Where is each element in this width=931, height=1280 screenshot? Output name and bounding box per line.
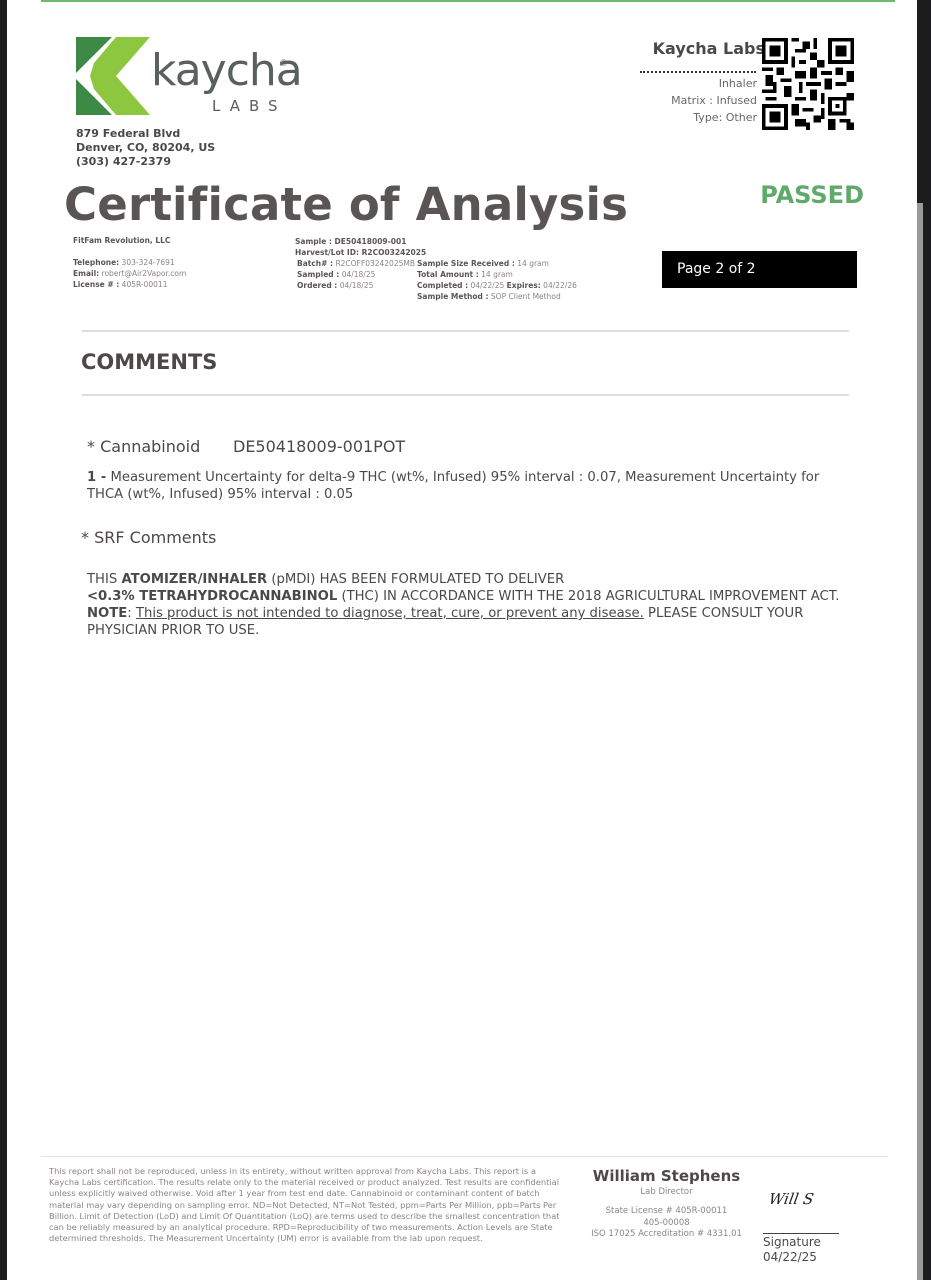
- comments-heading: COMMENTS: [81, 350, 217, 374]
- signature-icon: Will S: [767, 1190, 815, 1208]
- director-role: Lab Director: [579, 1186, 754, 1198]
- dotted-divider: [640, 71, 756, 73]
- signature-date: 04/22/25: [763, 1250, 821, 1265]
- page-title: Certificate of Analysis: [64, 178, 628, 231]
- client-name: FitFam Revolution, LLC: [73, 235, 170, 246]
- cannabinoid-header: * Cannabinoid DE50418009-001POT: [87, 437, 200, 456]
- sample-method: Sample Method : SOP Client Method: [417, 291, 577, 302]
- lab-director-block: William Stephens Lab Director State Lice…: [579, 1166, 754, 1241]
- signature-label: Signature: [763, 1235, 821, 1250]
- client-email: Email: robert@Air2Vapor.com: [73, 268, 186, 279]
- client-license: License # : 405R-00011: [73, 279, 186, 290]
- product-type: Type: Other: [607, 109, 757, 126]
- client-contact: Telephone: 303-324-7691 Email: robert@Ai…: [73, 257, 186, 290]
- footer-divider: [41, 1156, 888, 1157]
- page-indicator: Page 2 of 2: [662, 251, 857, 288]
- signature-line: [763, 1233, 839, 1234]
- product-matrix: Matrix : Infused: [607, 92, 757, 109]
- address-line: Denver, CO, 80204, US: [76, 141, 215, 155]
- address-line: (303) 427-2379: [76, 155, 215, 169]
- logo-subtitle: LABS: [212, 98, 287, 114]
- signature-block: Signature 04/22/25: [763, 1235, 821, 1265]
- logo-registered-mark: ©: [279, 59, 288, 69]
- harvest-lot-id: Harvest/Lot ID: R2CO03242025: [295, 247, 426, 258]
- product-name: Inhaler: [607, 75, 757, 92]
- sample-identifiers: Sample : DE50418009-001 Harvest/Lot ID: …: [295, 236, 426, 258]
- kaycha-logo: kaycha © LABS: [76, 37, 291, 117]
- note-text: Measurement Uncertainty for delta-9 THC …: [87, 470, 819, 502]
- srf-comments-body: THIS ATOMIZER/INHALER (pMDI) HAS BEEN FO…: [87, 571, 867, 639]
- logo-k-icon: [76, 37, 152, 115]
- note-number: 1 -: [87, 470, 106, 485]
- completed-expires: Completed : 04/22/25 Expires: 04/22/26: [417, 280, 577, 291]
- director-licenses: State License # 405R-00011 405-00008 ISO…: [579, 1206, 754, 1241]
- ordered-date: Ordered : 04/18/25: [297, 280, 415, 291]
- sample-id: Sample : DE50418009-001: [295, 236, 426, 247]
- lab-name: Kaycha Labs: [627, 39, 765, 58]
- cannabinoid-id: DE50418009-001POT: [233, 437, 405, 456]
- section-divider: [82, 394, 849, 396]
- qr-code-icon[interactable]: [762, 37, 854, 131]
- top-accent-rule: [41, 0, 895, 2]
- lab-address: 879 Federal Blvd Denver, CO, 80204, US (…: [76, 127, 215, 169]
- section-divider: [82, 330, 849, 332]
- sample-size: Sample Size Received : 14 gram: [417, 258, 577, 269]
- scrollbar-thumb[interactable]: [917, 203, 923, 1280]
- status-badge: PASSED: [707, 181, 864, 209]
- logo-wordmark: kaycha: [151, 49, 302, 93]
- product-meta: Inhaler Matrix : Infused Type: Other: [607, 75, 757, 126]
- total-amount: Total Amount : 14 gram: [417, 269, 577, 280]
- cannabinoid-note: 1 - Measurement Uncertainty for delta-9 …: [87, 469, 827, 503]
- sample-dates: Batch# : R2COFF03242025MB Sampled : 04/1…: [297, 258, 415, 291]
- sampled-date: Sampled : 04/18/25: [297, 269, 415, 280]
- client-telephone: Telephone: 303-324-7691: [73, 257, 186, 268]
- batch-number: Batch# : R2COFF03242025MB: [297, 258, 415, 269]
- address-line: 879 Federal Blvd: [76, 127, 215, 141]
- srf-comments-heading: * SRF Comments: [81, 528, 216, 547]
- coa-page: kaycha © LABS 879 Federal Blvd Denver, C…: [7, 0, 917, 1280]
- cannabinoid-label: * Cannabinoid: [87, 437, 200, 456]
- director-name: William Stephens: [579, 1166, 754, 1186]
- sample-details: Sample Size Received : 14 gram Total Amo…: [417, 258, 577, 302]
- footer-disclaimer: This report shall not be reproduced, unl…: [49, 1166, 566, 1244]
